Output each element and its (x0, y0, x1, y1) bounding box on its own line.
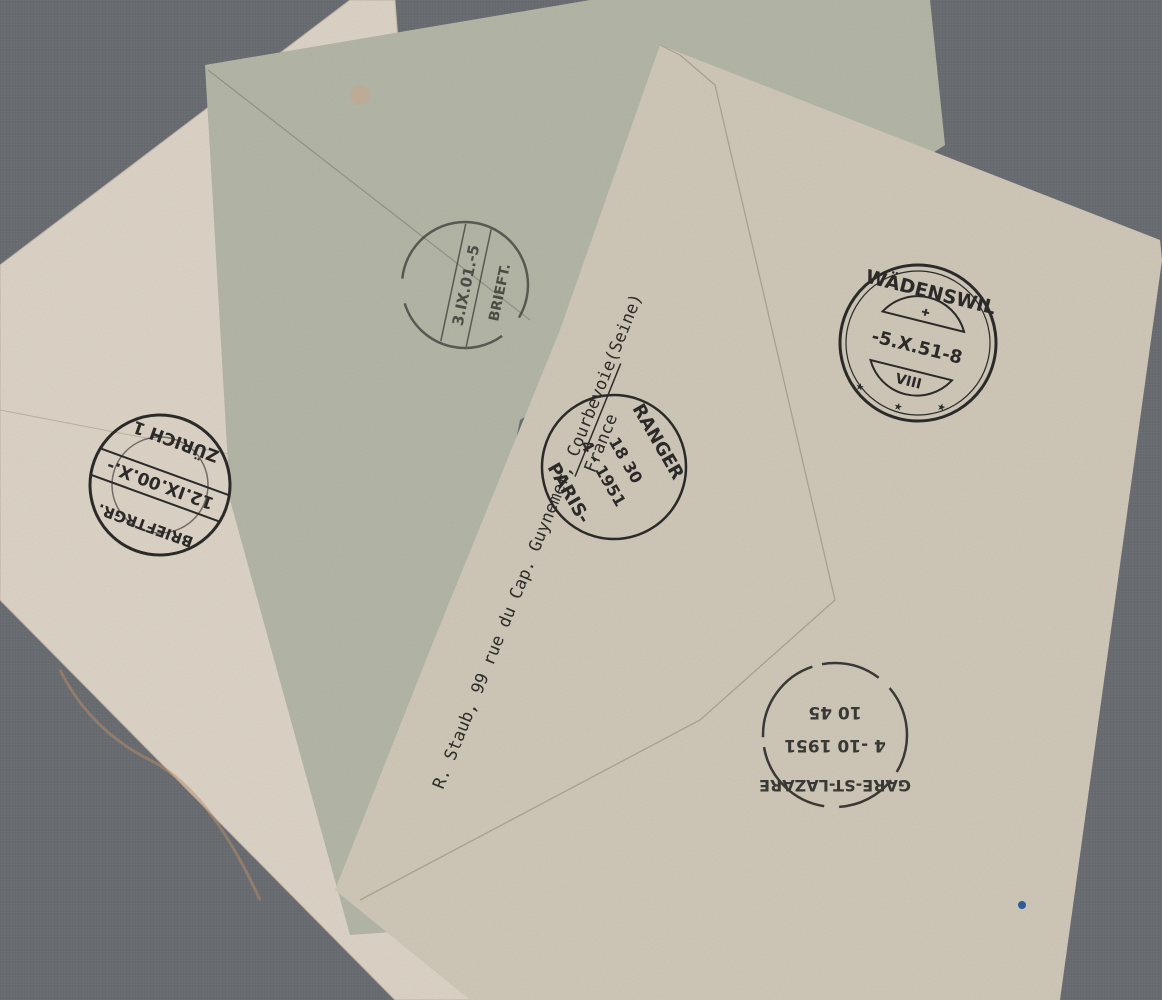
postmark-paris-gare-time: 10 45 (808, 702, 861, 722)
postmark-paris-gare-date: 4 -10 1951 (784, 735, 886, 755)
envelope-scene: 12.IX.00.X.- BRIEFTRGR. ZÜRICH 1 3.IX.01… (0, 0, 1162, 1000)
postmark-paris-gare-top: GARE-ST-LAZARE (759, 776, 911, 795)
